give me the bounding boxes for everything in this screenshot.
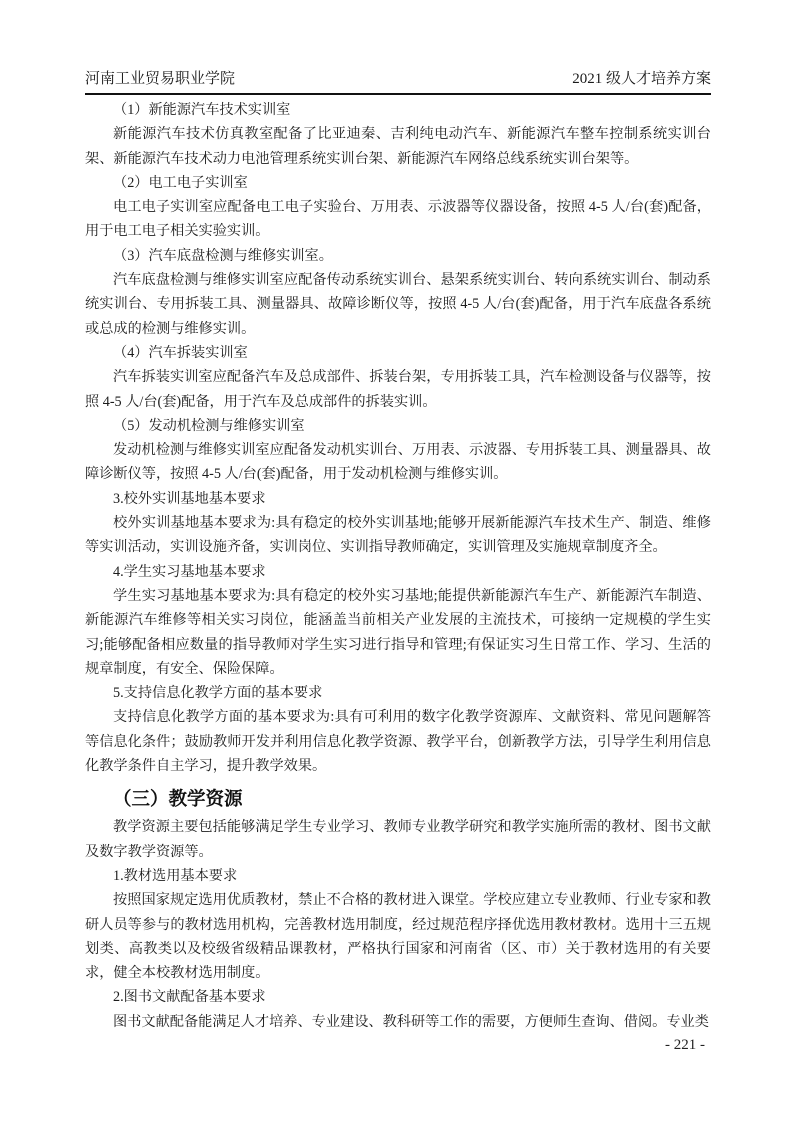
page-header: 河南工业贸易职业学院 2021 级人才培养方案 — [85, 70, 711, 95]
body-paragraph: 汽车拆装实训室应配备汽车及总成部件、拆装台架，专用拆装工具，汽车检测设备与仪器等… — [85, 365, 711, 414]
header-document-title: 2021 级人才培养方案 — [572, 70, 711, 89]
list-item-heading: 3.校外实训基地基本要求 — [85, 487, 711, 511]
section-heading: （三）教学资源 — [85, 786, 711, 812]
list-item-heading: 5.支持信息化教学方面的基本要求 — [85, 681, 711, 705]
list-item-heading: （1）新能源汽车技术实训室 — [85, 98, 711, 122]
document-body: （1）新能源汽车技术实训室 新能源汽车技术仿真教室配备了比亚迪秦、吉利纯电动汽车… — [85, 98, 711, 1034]
body-paragraph: 图书文献配备能满足人才培养、专业建设、教科研等工作的需要，方便师生查询、借阅。专… — [85, 1010, 711, 1034]
body-paragraph: 按照国家规定选用优质教材，禁止不合格的教材进入课堂。学校应建立专业教师、行业专家… — [85, 888, 711, 985]
list-item-heading: （2）电工电子实训室 — [85, 171, 711, 195]
list-item-heading: 4.学生实习基地基本要求 — [85, 560, 711, 584]
body-paragraph: 校外实训基地基本要求为:具有稳定的校外实训基地;能够开展新能源汽车技术生产、制造… — [85, 511, 711, 560]
body-paragraph: 支持信息化教学方面的基本要求为:具有可利用的数字化教学资源库、文献资料、常见问题… — [85, 705, 711, 778]
body-paragraph: 电工电子实训室应配备电工电子实验台、万用表、示波器等仪器设备，按照 4-5 人/… — [85, 195, 711, 244]
body-paragraph: 汽车底盘检测与维修实训室应配备传动系统实训台、悬架系统实训台、转向系统实训台、制… — [85, 268, 711, 341]
body-paragraph: 新能源汽车技术仿真教室配备了比亚迪秦、吉利纯电动汽车、新能源汽车整车控制系统实训… — [85, 122, 711, 171]
list-item-heading: （3）汽车底盘检测与维修实训室。 — [85, 244, 711, 268]
list-item-heading: 2.图书文献配备基本要求 — [85, 985, 711, 1009]
body-paragraph: 教学资源主要包括能够满足学生专业学习、教师专业教学研究和教学实施所需的教材、图书… — [85, 815, 711, 864]
list-item-heading: （5）发动机检测与维修实训室 — [85, 414, 711, 438]
body-paragraph: 学生实习基地基本要求为:具有稳定的校外实习基地;能提供新能源汽车生产、新能源汽车… — [85, 584, 711, 681]
list-item-heading: （4）汽车拆装实训室 — [85, 341, 711, 365]
document-page: 河南工业贸易职业学院 2021 级人才培养方案 （1）新能源汽车技术实训室 新能… — [0, 0, 793, 1122]
list-item-heading: 1.教材选用基本要求 — [85, 864, 711, 888]
page-content: 河南工业贸易职业学院 2021 级人才培养方案 （1）新能源汽车技术实训室 新能… — [85, 70, 711, 1034]
header-school-name: 河南工业贸易职业学院 — [85, 70, 235, 89]
page-number: - 221 - — [665, 1037, 705, 1054]
body-paragraph: 发动机检测与维修实训室应配备发动机实训台、万用表、示波器、专用拆装工具、测量器具… — [85, 438, 711, 487]
